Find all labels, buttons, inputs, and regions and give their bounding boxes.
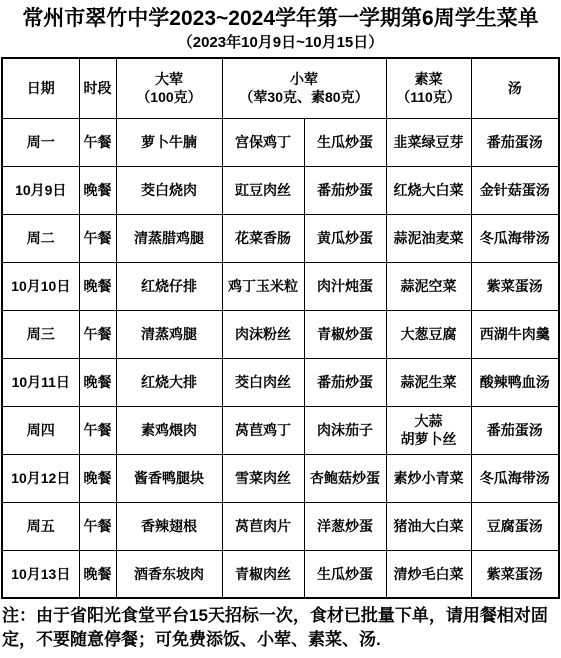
table-row: 10月11日晚餐红烧大排茭白肉丝番茄炒蛋蒜泥生菜酸辣鸭血汤 [2,358,559,406]
soup-cell: 西湖牛肉羹 [471,310,559,358]
table-row: 10月9日晚餐茭白烧肉豇豆肉丝番茄炒蛋红烧大白菜金针菇蛋汤 [2,166,559,214]
meal-period-cell: 午餐 [79,214,116,262]
main-dish-cell: 清蒸腊鸡腿 [116,214,222,262]
main-dish-cell: 清蒸鸡腿 [116,310,222,358]
soup-cell: 金针菇蛋汤 [471,166,559,214]
table-row: 10月10日晚餐红烧仔排鸡丁玉米粒肉汁炖蛋蒜泥空菜紫菜蛋汤 [2,262,559,310]
header-vegetable: 素菜 （110克） [386,58,471,118]
date-cell: 周五 [2,502,79,550]
soup-cell: 番茄蛋汤 [471,118,559,166]
soup-cell: 冬瓜海带汤 [471,454,559,502]
table-row: 周三午餐清蒸鸡腿肉沫粉丝青椒炒蛋大葱豆腐西湖牛肉羹 [2,310,559,358]
small-dish-2-cell: 杏鲍菇炒蛋 [304,454,386,502]
vegetable-cell: 蒜泥生菜 [386,358,471,406]
header-soup: 汤 [471,58,559,118]
small-dish-1-cell: 鸡丁玉米粒 [222,262,304,310]
small-dish-2-cell: 肉汁炖蛋 [304,262,386,310]
vegetable-cell: 清炒毛白菜 [386,550,471,598]
main-dish-cell: 香辣翅根 [116,502,222,550]
small-dish-2-cell: 番茄炒蛋 [304,358,386,406]
main-dish-cell: 红烧大排 [116,358,222,406]
menu-table-body: 周一午餐萝卜牛腩宫保鸡丁生瓜炒蛋韭菜绿豆芽番茄蛋汤10月9日晚餐茭白烧肉豇豆肉丝… [2,118,559,598]
meal-period-cell: 晚餐 [79,454,116,502]
main-dish-cell: 萝卜牛腩 [116,118,222,166]
date-cell: 周三 [2,310,79,358]
soup-cell: 紫菜蛋汤 [471,550,559,598]
main-dish-cell: 酒香东坡肉 [116,550,222,598]
date-cell: 10月13日 [2,550,79,598]
small-dish-2-cell: 黄瓜炒蛋 [304,214,386,262]
menu-table: 日期 时段 大荤 （100克） 小荤 （荤30克、素80克） 素菜 （110克）… [1,57,560,599]
small-dish-2-cell: 青椒炒蛋 [304,310,386,358]
table-row: 周二午餐清蒸腊鸡腿花菜香肠黄瓜炒蛋蒜泥油麦菜冬瓜海带汤 [2,214,559,262]
main-dish-cell: 红烧仔排 [116,262,222,310]
main-dish-cell: 茭白烧肉 [116,166,222,214]
small-dish-2-cell: 生瓜炒蛋 [304,118,386,166]
header-date: 日期 [2,58,79,118]
date-cell: 10月10日 [2,262,79,310]
meal-period-cell: 晚餐 [79,550,116,598]
vegetable-cell: 蒜泥油麦菜 [386,214,471,262]
small-dish-1-cell: 莴苣鸡丁 [222,406,304,454]
date-cell: 周一 [2,118,79,166]
vegetable-cell: 韭菜绿豆芽 [386,118,471,166]
footer-note: 注：由于省阳光食堂平台15天招标一次，食材已批量下单，请用餐相对固定，不要随意停… [0,599,561,652]
soup-cell: 豆腐蛋汤 [471,502,559,550]
small-dish-2-cell: 番茄炒蛋 [304,166,386,214]
small-dish-2-cell: 洋葱炒蛋 [304,502,386,550]
small-dish-1-cell: 茭白肉丝 [222,358,304,406]
date-cell: 10月11日 [2,358,79,406]
meal-period-cell: 晚餐 [79,166,116,214]
meal-period-cell: 午餐 [79,406,116,454]
soup-cell: 紫菜蛋汤 [471,262,559,310]
small-dish-1-cell: 肉沫粉丝 [222,310,304,358]
vegetable-cell: 大蒜 胡萝卜丝 [386,406,471,454]
header-small-dish: 小荤 （荤30克、素80克） [222,58,386,118]
table-row: 周五午餐香辣翅根莴苣肉片洋葱炒蛋猪油大白菜豆腐蛋汤 [2,502,559,550]
small-dish-2-cell: 肉沫茄子 [304,406,386,454]
small-dish-1-cell: 青椒肉丝 [222,550,304,598]
vegetable-cell: 红烧大白菜 [386,166,471,214]
table-row: 周一午餐萝卜牛腩宫保鸡丁生瓜炒蛋韭菜绿豆芽番茄蛋汤 [2,118,559,166]
meal-period-cell: 午餐 [79,118,116,166]
meal-period-cell: 午餐 [79,502,116,550]
soup-cell: 番茄蛋汤 [471,406,559,454]
vegetable-cell: 蒜泥空菜 [386,262,471,310]
meal-period-cell: 晚餐 [79,262,116,310]
main-dish-cell: 素鸡煨肉 [116,406,222,454]
header-main-dish: 大荤 （100克） [116,58,222,118]
title-block: 常州市翠竹中学2023~2024学年第一学期第6周学生菜单 （2023年10月9… [0,0,561,53]
small-dish-1-cell: 雪菜肉丝 [222,454,304,502]
meal-period-cell: 晚餐 [79,358,116,406]
page-title: 常州市翠竹中学2023~2024学年第一学期第6周学生菜单 [0,5,561,32]
vegetable-cell: 大葱豆腐 [386,310,471,358]
page-subtitle: （2023年10月9日~10月15日） [0,32,561,53]
date-cell: 周四 [2,406,79,454]
date-cell: 10月9日 [2,166,79,214]
small-dish-2-cell: 生瓜炒蛋 [304,550,386,598]
vegetable-cell: 猪油大白菜 [386,502,471,550]
small-dish-1-cell: 宫保鸡丁 [222,118,304,166]
date-cell: 10月12日 [2,454,79,502]
small-dish-1-cell: 花菜香肠 [222,214,304,262]
soup-cell: 酸辣鸭血汤 [471,358,559,406]
table-row: 10月12日晚餐酱香鸭腿块雪菜肉丝杏鲍菇炒蛋素炒小青菜冬瓜海带汤 [2,454,559,502]
small-dish-1-cell: 莴苣肉片 [222,502,304,550]
soup-cell: 冬瓜海带汤 [471,214,559,262]
small-dish-1-cell: 豇豆肉丝 [222,166,304,214]
table-row: 10月13日晚餐酒香东坡肉青椒肉丝生瓜炒蛋清炒毛白菜紫菜蛋汤 [2,550,559,598]
vegetable-cell: 素炒小青菜 [386,454,471,502]
header-meal-period: 时段 [79,58,116,118]
main-dish-cell: 酱香鸭腿块 [116,454,222,502]
table-row: 周四午餐素鸡煨肉莴苣鸡丁肉沫茄子大蒜 胡萝卜丝番茄蛋汤 [2,406,559,454]
table-header-row: 日期 时段 大荤 （100克） 小荤 （荤30克、素80克） 素菜 （110克）… [2,58,559,118]
date-cell: 周二 [2,214,79,262]
meal-period-cell: 午餐 [79,310,116,358]
